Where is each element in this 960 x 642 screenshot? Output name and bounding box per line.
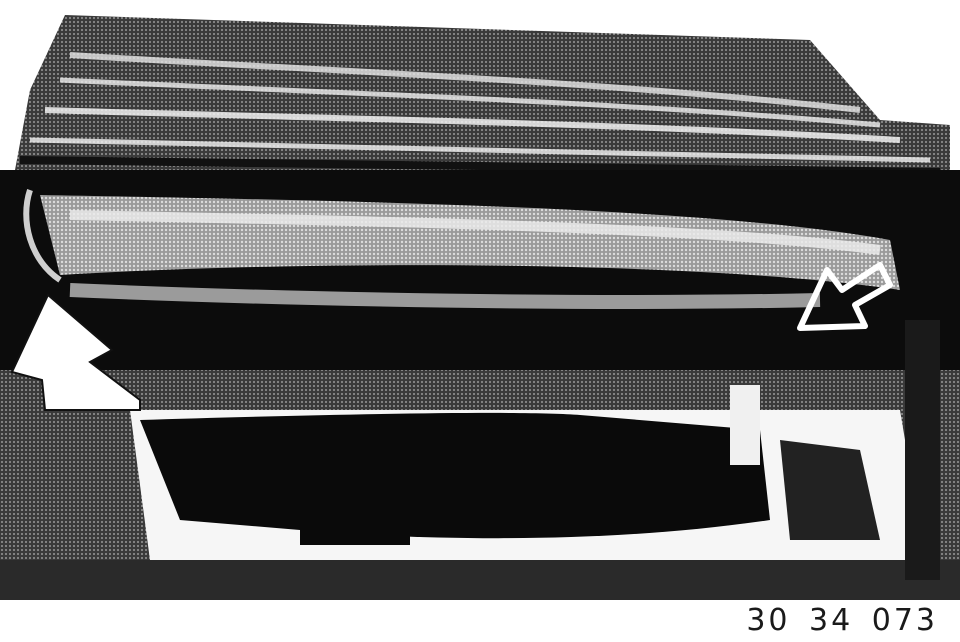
halftone-photo — [0, 0, 960, 600]
folded-soft-top — [15, 15, 950, 175]
top-frame-bow — [0, 170, 960, 370]
figure-number: 30 34 073 — [746, 603, 938, 638]
